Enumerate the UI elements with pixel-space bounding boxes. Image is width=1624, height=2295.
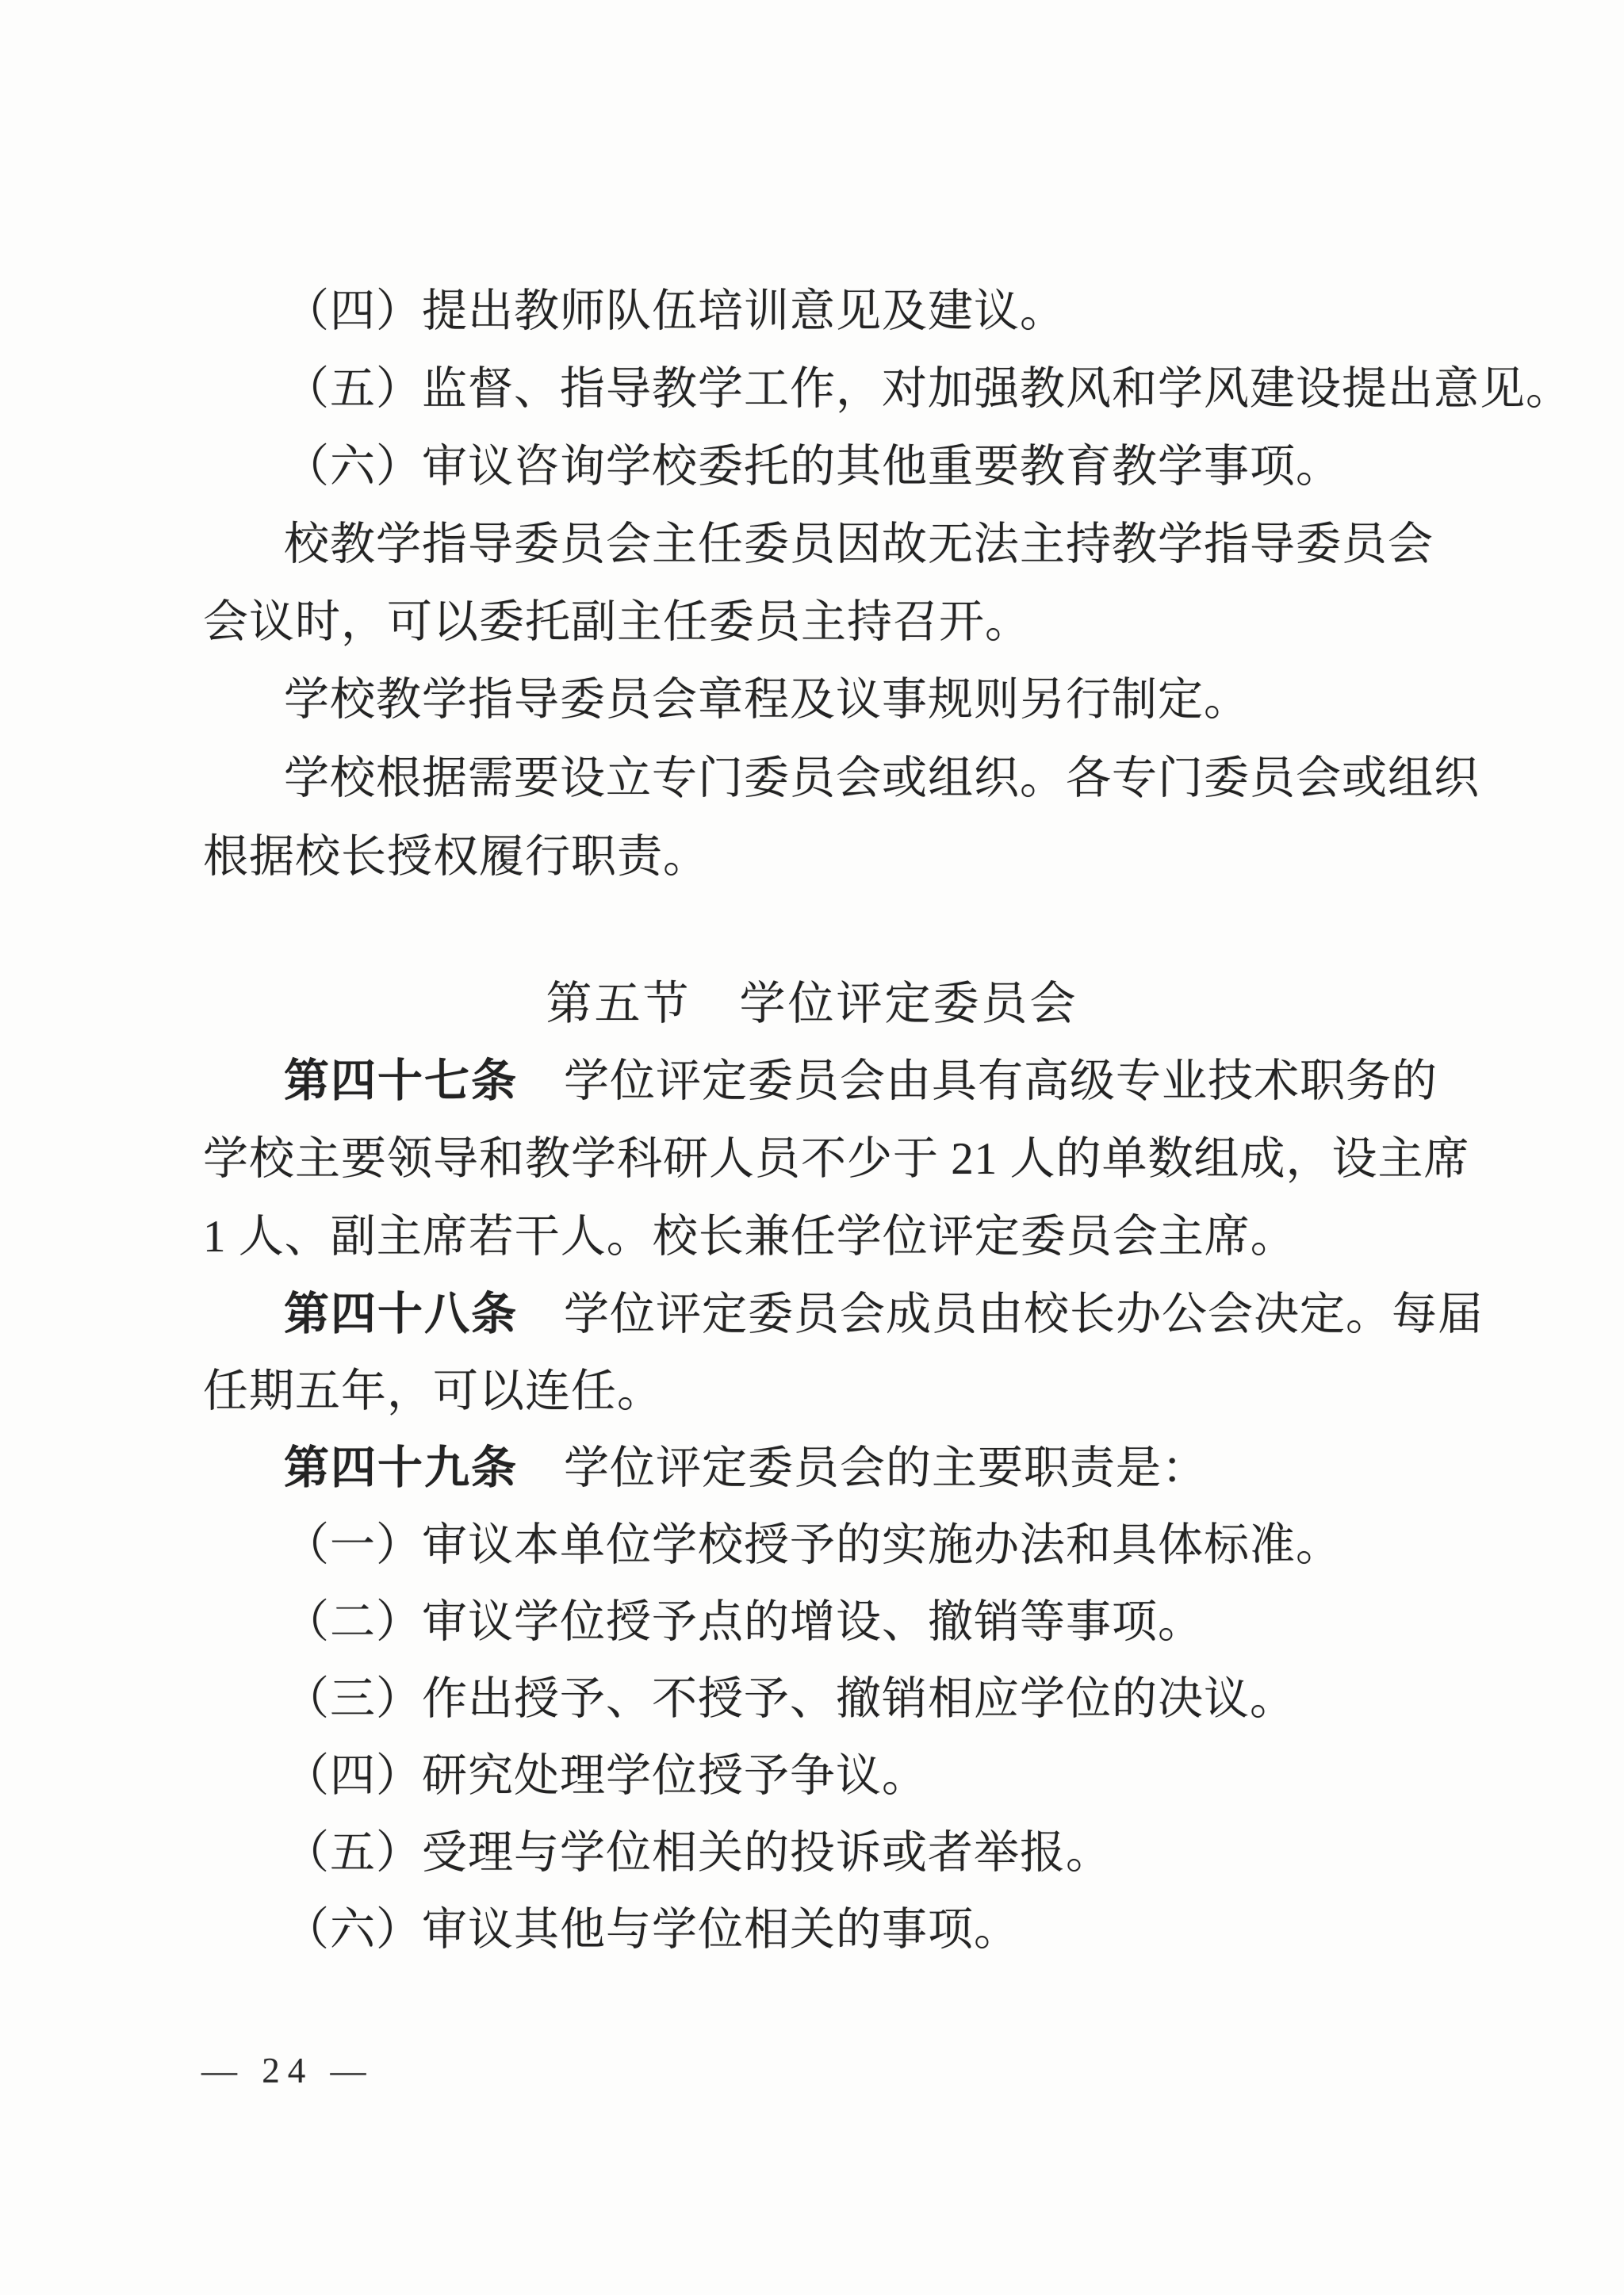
text-run: （二）审议学位授予点的增设、撤销等事项。 bbox=[284, 1597, 1204, 1647]
text-run: 任期五年，可以连任。 bbox=[203, 1366, 663, 1416]
text-run: 学位评定委员会成员由校长办公会决定。每届 bbox=[518, 1289, 1484, 1339]
bold-run: 第四十八条 bbox=[284, 1289, 518, 1339]
page-number: — 24 — bbox=[201, 2051, 374, 2090]
text-run: （五）受理与学位相关的投诉或者举报。 bbox=[284, 1828, 1112, 1878]
text-line: （四）研究处理学位授予争议。 bbox=[284, 1751, 928, 1801]
text-run: （六）审议咨询学校委托的其他重要教育教学事项。 bbox=[284, 442, 1342, 492]
text-run: 校教学指导委员会主任委员因故无法主持教学指导委员会 bbox=[284, 519, 1434, 569]
text-line: （五）监督、指导教学工作，对加强教风和学风建设提出意见。 bbox=[284, 364, 1572, 414]
section-heading: 第五节 学位评定委员会 bbox=[0, 979, 1624, 1029]
text-run: 学位评定委员会由具有高级专业技术职务的 bbox=[518, 1056, 1438, 1106]
text-run: 学校根据需要设立专门委员会或组织。各专门委员会或组织 bbox=[284, 753, 1480, 803]
text-line: 1 人、副主席若干人。校长兼任学位评定委员会主席。 bbox=[203, 1212, 1297, 1262]
text-run: （四）提出教师队伍培训意见及建议。 bbox=[284, 286, 1066, 336]
text-line: （二）审议学位授予点的增设、撤销等事项。 bbox=[284, 1597, 1204, 1647]
text-run: 会议时，可以委托副主任委员主持召开。 bbox=[203, 597, 1031, 647]
text-run: 学位评定委员会的主要职责是： bbox=[518, 1443, 1208, 1493]
text-line: （四）提出教师队伍培训意见及建议。 bbox=[284, 286, 1066, 336]
text-line: 会议时，可以委托副主任委员主持召开。 bbox=[203, 597, 1031, 647]
text-run: （三）作出授予、不授予、撤销相应学位的决议。 bbox=[284, 1674, 1296, 1724]
text-line: （五）受理与学位相关的投诉或者举报。 bbox=[284, 1828, 1112, 1878]
bold-run: 第四十九条 bbox=[284, 1443, 518, 1493]
text-run: 1 人、副主席若干人。校长兼任学位评定委员会主席。 bbox=[203, 1212, 1297, 1262]
text-line: 第四十八条 学位评定委员会成员由校长办公会决定。每届 bbox=[284, 1289, 1484, 1339]
text-line: 第四十九条 学位评定委员会的主要职责是： bbox=[284, 1443, 1208, 1493]
text-line: 学校根据需要设立专门委员会或组织。各专门委员会或组织 bbox=[284, 753, 1480, 803]
text-run: 根据校长授权履行职责。 bbox=[203, 832, 709, 882]
text-line: （六）审议咨询学校委托的其他重要教育教学事项。 bbox=[284, 442, 1342, 492]
text-run: （六）审议其他与学位相关的事项。 bbox=[284, 1905, 1020, 1955]
text-line: 校教学指导委员会主任委员因故无法主持教学指导委员会 bbox=[284, 519, 1434, 569]
text-run: （四）研究处理学位授予争议。 bbox=[284, 1751, 928, 1801]
text-line: （六）审议其他与学位相关的事项。 bbox=[284, 1905, 1020, 1955]
text-run: （一）审议本单位学校授予的实施办法和具体标准。 bbox=[284, 1520, 1342, 1570]
text-line: （一）审议本单位学校授予的实施办法和具体标准。 bbox=[284, 1520, 1342, 1570]
text-run: 学校教学指导委员会章程及议事规则另行制定。 bbox=[284, 675, 1250, 725]
text-run: （五）监督、指导教学工作，对加强教风和学风建设提出意见。 bbox=[284, 364, 1572, 414]
bold-run: 第四十七条 bbox=[284, 1056, 518, 1106]
text-line: 学校教学指导委员会章程及议事规则另行制定。 bbox=[284, 675, 1250, 725]
text-line: （三）作出授予、不授予、撤销相应学位的决议。 bbox=[284, 1674, 1296, 1724]
text-line: 第四十七条 学位评定委员会由具有高级专业技术职务的 bbox=[284, 1056, 1438, 1106]
text-run: 学校主要领导和教学科研人员不少于 21 人的单数组成，设主席 bbox=[203, 1134, 1470, 1184]
document-page: （四）提出教师队伍培训意见及建议。 （五）监督、指导教学工作，对加强教风和学风建… bbox=[0, 0, 1624, 2295]
text-line: 任期五年，可以连任。 bbox=[203, 1366, 663, 1416]
text-line: 学校主要领导和教学科研人员不少于 21 人的单数组成，设主席 bbox=[203, 1134, 1470, 1184]
text-line: 根据校长授权履行职责。 bbox=[203, 832, 709, 882]
